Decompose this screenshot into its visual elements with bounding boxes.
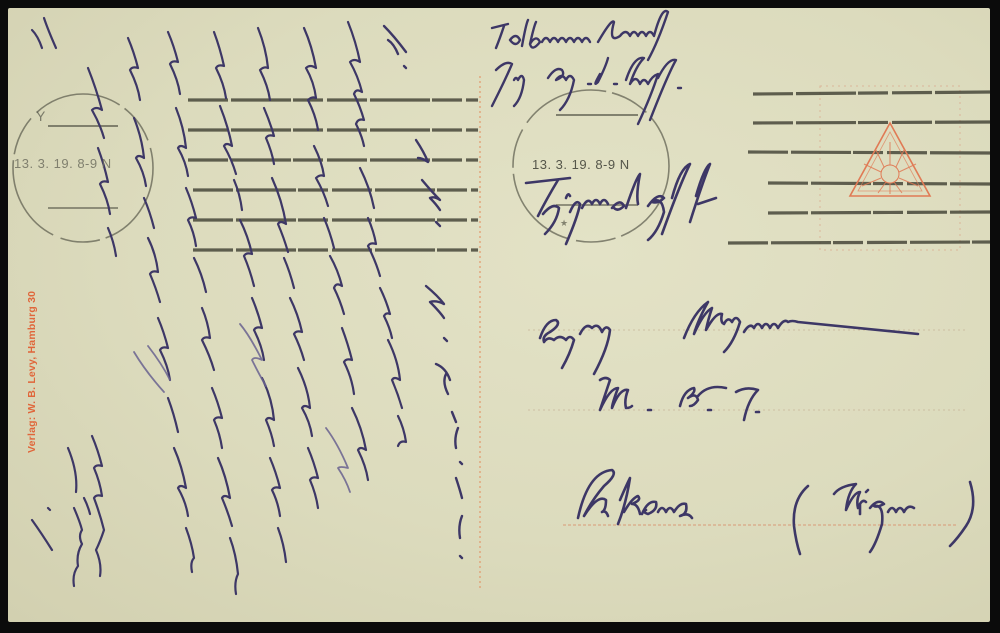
postcard-markings: ★	[8, 8, 990, 622]
handwriting-message-faint	[134, 324, 350, 492]
publisher-imprint: Verlag: W. B. Levy, Hamburg 30	[26, 291, 38, 453]
cancellation-lines-left	[188, 100, 478, 250]
handwriting-name	[540, 302, 918, 374]
postcard: ★	[8, 8, 990, 622]
cancellation-lines-right	[728, 92, 990, 243]
handwriting-date	[384, 26, 462, 558]
postmark-left-letter: Y	[36, 108, 46, 124]
postmark-left-date: 13. 3. 19. 8-9 N	[14, 156, 112, 171]
handwriting-unit	[600, 378, 759, 420]
svg-text:★: ★	[560, 218, 568, 228]
handwriting-header	[492, 11, 681, 124]
postmark-center-date: 13. 3. 19. 8-9 N	[532, 157, 630, 172]
handwriting-rank	[526, 164, 716, 244]
address-guide-lines	[528, 330, 968, 525]
handwriting-message-body	[32, 18, 406, 594]
handwriting-place	[578, 470, 973, 554]
